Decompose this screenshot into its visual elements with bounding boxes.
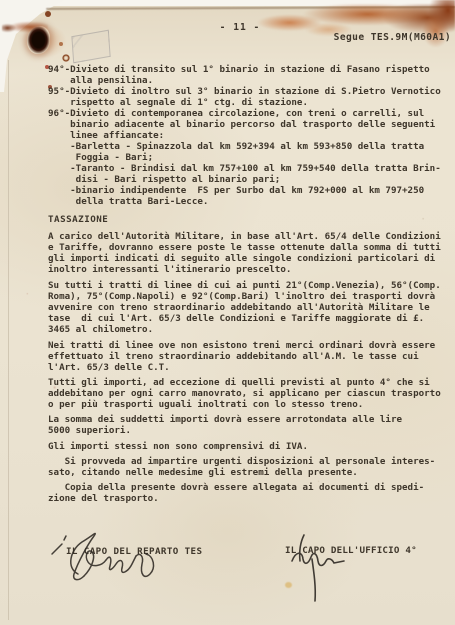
- handwritten-signature-right: [288, 533, 358, 605]
- rust-stain-top-right-corner: [420, 0, 455, 52]
- text-line: binario adiacente al binario percorso da…: [48, 119, 452, 130]
- dark-ink-blob: [27, 26, 50, 54]
- handwritten-signature-left: [48, 528, 168, 590]
- numbered-provisions-list: 94°-Divieto di transito sul 1° binario i…: [48, 64, 452, 207]
- text-line: Foggia - Bari;: [48, 152, 452, 163]
- text-line: La somma dei suddetti importi dovrà esse…: [48, 414, 452, 425]
- paragraph-disposizioni: Si provveda ad impartire urgenti disposi…: [48, 456, 452, 478]
- text-line: gli importi indicati di seguito alle sin…: [48, 253, 452, 264]
- paragraph-iva: Gli importi stessi non sono comprensivi …: [48, 441, 452, 452]
- text-line: Si provveda ad impartire urgenti disposi…: [48, 456, 452, 467]
- stain-dot: [45, 11, 51, 17]
- text-line: Roma), 75°(Comp.Napoli) e 92°(Comp.Bari)…: [48, 291, 452, 302]
- text-line: inoltro interessanti l'itinerario presce…: [48, 264, 452, 275]
- text-line: e Tariffe, dovranno essere poste le tass…: [48, 242, 452, 253]
- text-line: effettuato il treno straordinario addebi…: [48, 351, 452, 362]
- text-line: tase di cui l'Art. 65/3 delle Condizioni…: [48, 313, 452, 324]
- document-body: 94°-Divieto di transito sul 1° binario i…: [48, 64, 452, 504]
- text-line: Nei tratti di linee ove non esistono tre…: [48, 340, 452, 351]
- text-line: zione del trasporto.: [48, 493, 452, 504]
- text-line: 94°-Divieto di transito sul 1° binario i…: [48, 64, 452, 75]
- text-line: alla pensilina.: [48, 75, 452, 86]
- page-left-edge-line: [8, 60, 9, 620]
- text-line: Tutti gli importi, ad eccezione di quell…: [48, 377, 452, 388]
- text-line: -binario indipendente FS per Surbo dal k…: [48, 185, 452, 196]
- text-line: rispetto al segnale di 1° ctg. di stazio…: [48, 97, 452, 108]
- text-line: l'Art. 65/3 delle C.T.: [48, 362, 452, 373]
- paragraph-tassazione-3: Nei tratti di linee ove non esistono tre…: [48, 340, 452, 373]
- stain-ring-dot: [61, 53, 71, 63]
- text-line: 5000 superiori.: [48, 425, 452, 436]
- text-line: 96°-Divieto di contemporanea circolazion…: [48, 108, 452, 119]
- paragraph-tassazione-2: Su tutti i tratti di linee di cui ai pun…: [48, 280, 452, 335]
- text-line: 3465 al chilometro.: [48, 324, 452, 335]
- text-line: sato, citando nelle medesime gli estremi…: [48, 467, 452, 478]
- page-number: - 11 -: [195, 22, 285, 33]
- text-line: Copia della presente dovrà essere allega…: [48, 482, 452, 493]
- text-line: disi - Bari rispetto al binario pari;: [48, 174, 452, 185]
- scanned-document-page: - 11 - Segue TES.9M(M60A1) 94°-Divieto d…: [0, 0, 455, 625]
- continuation-header: Segue TES.9M(M60A1): [334, 32, 451, 43]
- text-line: -Barletta - Spinazzola dal km 592+394 al…: [48, 141, 452, 152]
- paragraph-copia: Copia della presente dovrà essere allega…: [48, 482, 452, 504]
- text-line: A carico dell'Autorità Militare, in base…: [48, 231, 452, 242]
- text-line: -Taranto - Brindisi dal km 757+100 al km…: [48, 163, 452, 174]
- text-line: 95°-Divieto di inoltro sul 3° binario in…: [48, 86, 452, 97]
- text-line: o per più trasporti uguali inoltrati con…: [48, 399, 452, 410]
- section-heading-tassazione: TASSAZIONE: [48, 214, 452, 225]
- text-line: Su tutti i tratti di linee di cui ai pun…: [48, 280, 452, 291]
- text-line: avvenire con treno straordinario addebit…: [48, 302, 452, 313]
- paragraph-tassazione-4: Tutti gli importi, ad eccezione di quell…: [48, 377, 452, 410]
- text-line: linee affiancate:: [48, 130, 452, 141]
- paragraph-rounding: La somma dei suddetti importi dovrà esse…: [48, 414, 452, 436]
- text-line: addebitano per ogni carro manovrato, si …: [48, 388, 452, 399]
- text-line: della tratta Bari-Lecce.: [48, 196, 452, 207]
- stain-dot: [59, 42, 63, 46]
- text-line: Gli importi stessi non sono comprensivi …: [48, 441, 452, 452]
- paragraph-tassazione-1: A carico dell'Autorità Militare, in base…: [48, 231, 452, 275]
